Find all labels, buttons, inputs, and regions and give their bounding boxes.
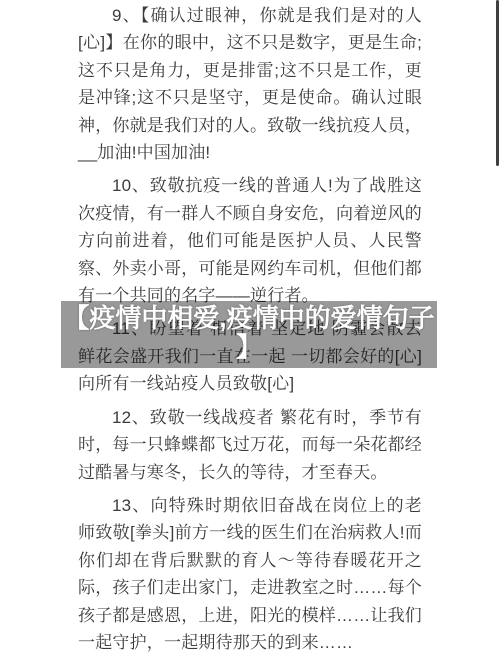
- paragraph-13: 13、向特殊时期依旧奋战在岗位上的老师致敬[拳头]前方一线的医生们在治病救人!而…: [78, 492, 422, 656]
- paragraph-9: 9、【确认过眼神，你就是我们是对的人[心]】在你的眼中，这不只是数字，更是生命;…: [78, 2, 422, 166]
- overlay-title-text: 【疫情中相爱,疫情中的爱情句子: [61, 304, 437, 333]
- paragraph-12: 12、致敬一线战疫者 繁花有时，季节有时，每一只蜂蝶都飞过万花，而每一朵花都经过…: [78, 404, 422, 486]
- scrollbar-thumb[interactable]: [496, 0, 499, 166]
- paragraph-10: 10、致敬抗疫一线的普通人!为了战胜这次疫情，有一群人不顾自身安危，向着逆风的方…: [78, 172, 422, 309]
- title-overlay-banner: 【疫情中相爱,疫情中的爱情句子 】: [61, 301, 437, 368]
- overlay-title-closing-bracket: 】: [61, 333, 437, 362]
